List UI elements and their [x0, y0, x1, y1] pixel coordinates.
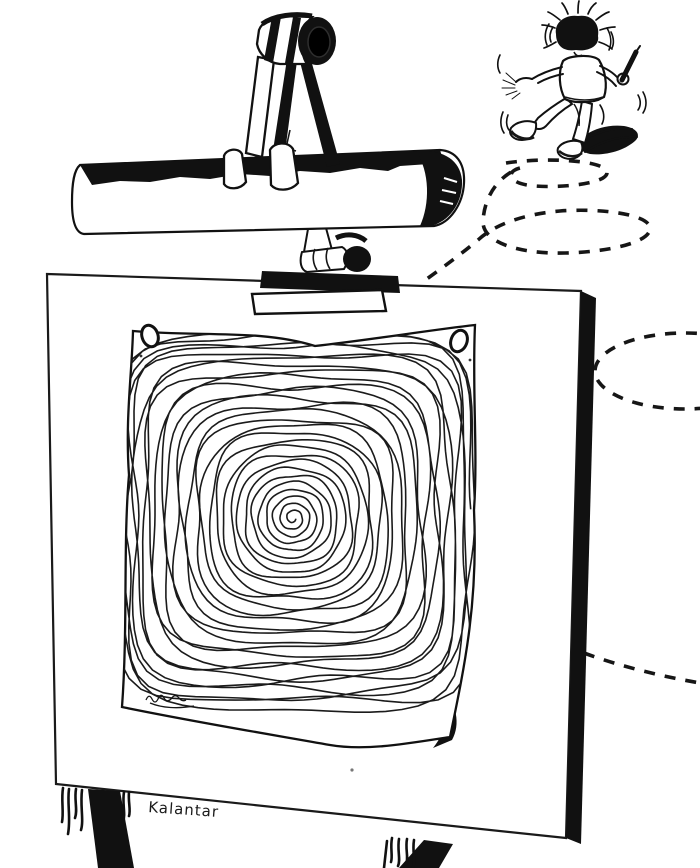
bounce-trail-behind-board	[584, 333, 700, 684]
artist-left-shoe	[510, 121, 536, 140]
lamp-strap-right	[270, 143, 298, 189]
escaping-artist	[498, 1, 646, 159]
artist-body	[560, 56, 606, 102]
lamp-mount-plate	[252, 271, 400, 314]
board-speck	[350, 768, 353, 771]
lamp-strap-left	[224, 150, 246, 189]
pinned-paper	[112, 323, 476, 748]
lamp-knuckle-cylinder	[257, 15, 336, 65]
lamp-shade	[72, 150, 464, 234]
artist-left-arm	[502, 67, 563, 99]
cartoon-illustration: Kalantar	[0, 0, 700, 868]
pencil	[622, 52, 636, 80]
artist-right-shoe	[558, 141, 583, 159]
easel-right-leg	[384, 838, 453, 868]
artist-signature: Kalantar	[148, 798, 220, 821]
easel-left-leg	[62, 788, 134, 868]
lamp-support-post	[301, 228, 371, 272]
cartoon-canvas: Kalantar	[0, 0, 700, 868]
picture-lamp	[72, 15, 464, 314]
artist-left-leg	[532, 98, 572, 129]
